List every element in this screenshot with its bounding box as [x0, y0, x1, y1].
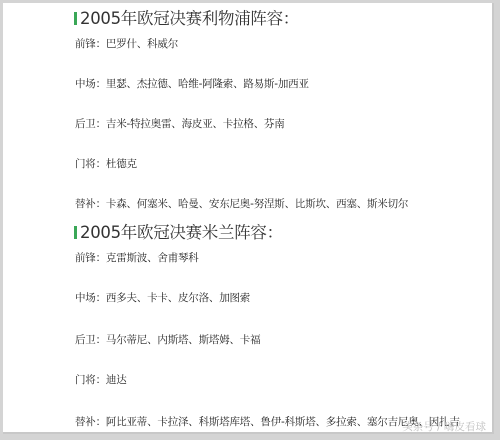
- lineup-row-substitutes: 替补：卡森、何塞米、哈曼、安东尼奥-努涅斯、比斯坎、西塞、斯米切尔: [75, 197, 408, 211]
- player-list: 西多夫、卡卡、皮尔洛、加图索: [106, 292, 250, 304]
- watermark: 头条号 / 嗨皮看球: [402, 420, 486, 434]
- lineup-row-defenders: 后卫：吉米-特拉奥雷、海皮亚、卡拉格、芬南: [75, 117, 285, 131]
- accent-bar-icon: [74, 226, 77, 239]
- position-label: 替补：: [75, 198, 106, 210]
- position-label: 前锋：: [75, 252, 106, 264]
- section-title: 2005年欧冠决赛米兰阵容：: [80, 223, 283, 242]
- player-list: 巴罗什、科威尔: [106, 38, 178, 50]
- position-label: 替补：: [75, 416, 106, 428]
- player-list: 马尔蒂尼、内斯塔、斯塔姆、卡福: [106, 334, 261, 346]
- player-list: 里瑟、杰拉德、哈维-阿隆索、路易斯-加西亚: [106, 78, 309, 90]
- position-label: 中场：: [75, 78, 106, 90]
- player-list: 杜德克: [106, 158, 137, 170]
- section-heading-milan: 2005年欧冠决赛米兰阵容：: [74, 223, 283, 243]
- lineup-row-forwards: 前锋：克雷斯波、舍甫琴科: [75, 251, 199, 265]
- lineup-row-forwards: 前锋：巴罗什、科威尔: [75, 37, 178, 51]
- document-page: 2005年欧冠决赛利物浦阵容： 前锋：巴罗什、科威尔 中场：里瑟、杰拉德、哈维-…: [3, 3, 494, 434]
- player-list: 迪达: [106, 374, 127, 386]
- lineup-row-defenders: 后卫：马尔蒂尼、内斯塔、斯塔姆、卡福: [75, 333, 260, 347]
- accent-bar-icon: [74, 12, 77, 25]
- position-label: 后卫：: [75, 118, 106, 130]
- section-title: 2005年欧冠决赛利物浦阵容：: [80, 9, 299, 28]
- position-label: 门将：: [75, 374, 106, 386]
- player-list: 吉米-特拉奥雷、海皮亚、卡拉格、芬南: [106, 118, 285, 130]
- position-label: 中场：: [75, 292, 106, 304]
- position-label: 前锋：: [75, 38, 106, 50]
- position-label: 门将：: [75, 158, 106, 170]
- lineup-row-goalkeeper: 门将：杜德克: [75, 157, 137, 171]
- lineup-row-midfielders: 中场：西多夫、卡卡、皮尔洛、加图索: [75, 291, 250, 305]
- position-label: 后卫：: [75, 334, 106, 346]
- lineup-row-goalkeeper: 门将：迪达: [75, 373, 127, 387]
- section-heading-liverpool: 2005年欧冠决赛利物浦阵容：: [74, 9, 299, 29]
- player-list: 克雷斯波、舍甫琴科: [106, 252, 199, 264]
- player-list: 卡森、何塞米、哈曼、安东尼奥-努涅斯、比斯坎、西塞、斯米切尔: [106, 198, 408, 210]
- lineup-row-midfielders: 中场：里瑟、杰拉德、哈维-阿隆索、路易斯-加西亚: [75, 77, 309, 91]
